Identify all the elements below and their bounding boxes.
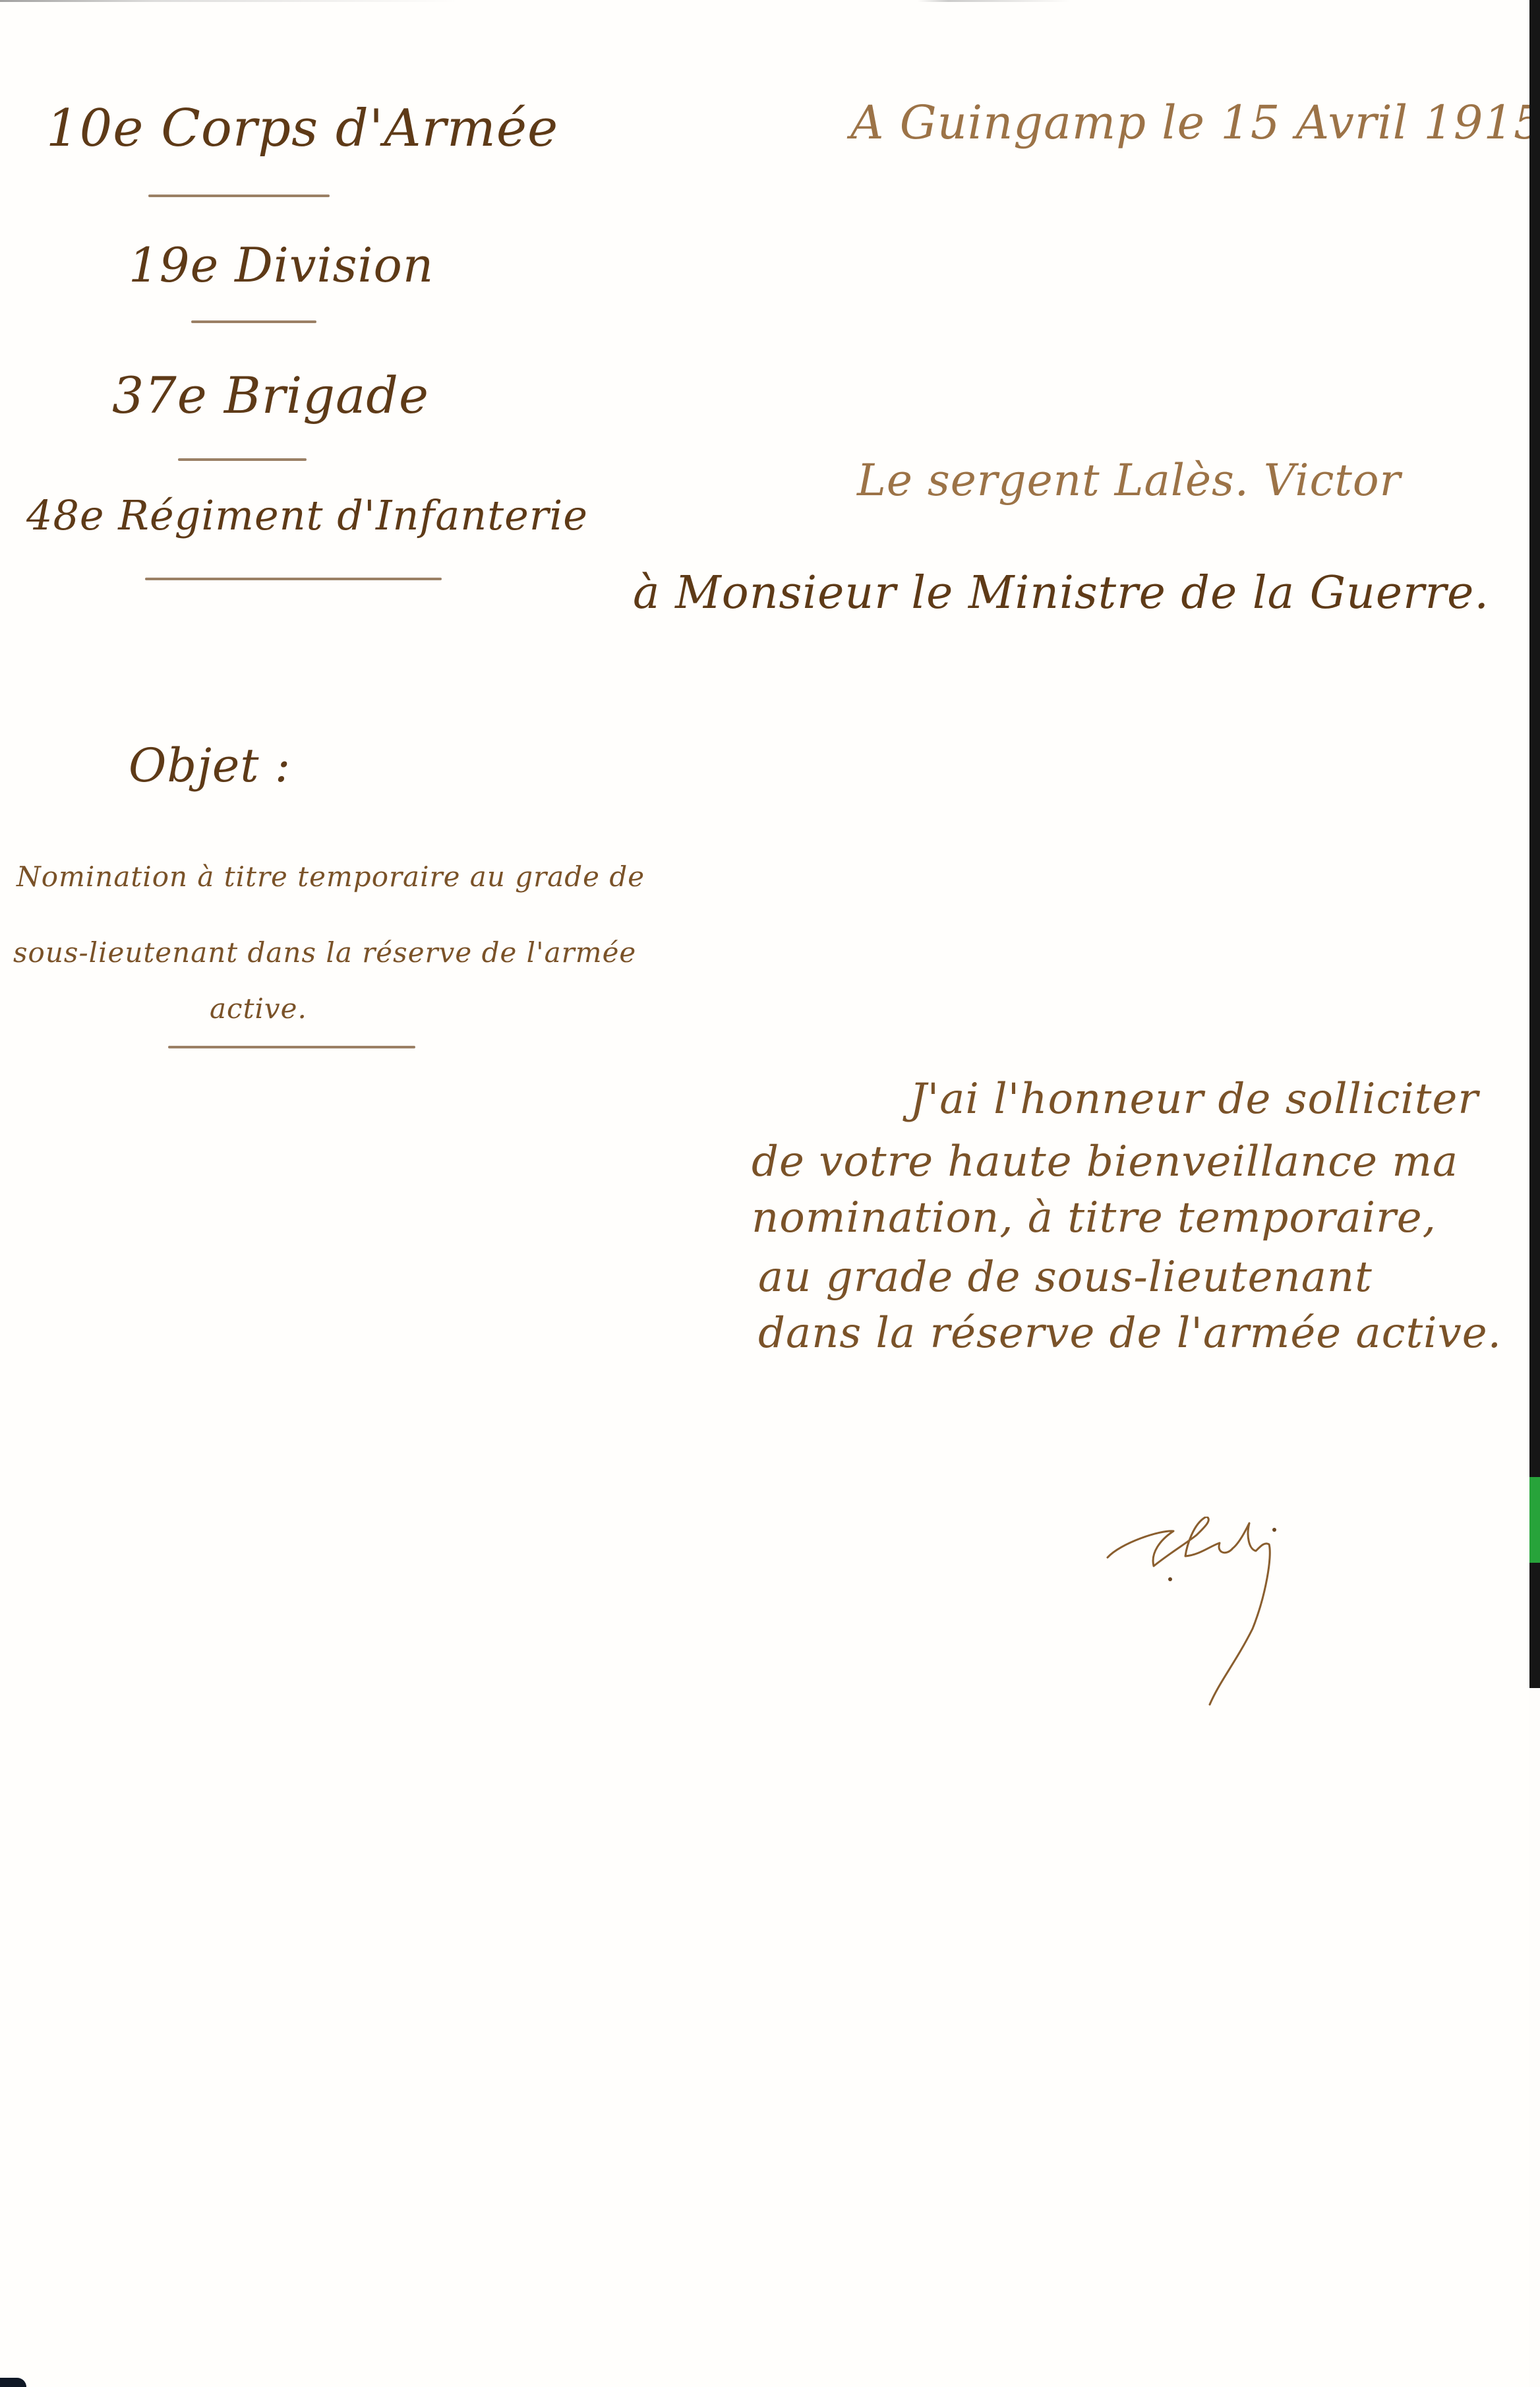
body-line: J'ai l'honneur de solliciter xyxy=(910,1075,1479,1124)
unit-regiment: 48e Régiment d'Infanterie xyxy=(26,491,588,539)
unit-division: 19e Division xyxy=(129,237,434,293)
subject-label: Objet : xyxy=(129,739,291,793)
unit-brigade: 37e Brigade xyxy=(112,366,429,425)
subject-line: sous-lieutenant dans la réserve de l'arm… xyxy=(13,936,636,969)
sender-line: Le sergent Lalès. Victor xyxy=(857,455,1401,506)
body-line: nomination, à titre temporaire, xyxy=(752,1193,1436,1242)
underline-corps xyxy=(148,195,330,197)
letter-page: 10e Corps d'Armée 19e Division 37e Briga… xyxy=(0,0,1529,2387)
recipient-line: à Monsieur le Ministre de la Guerre. xyxy=(633,567,1489,619)
body-line: dans la réserve de l'armée active. xyxy=(758,1309,1502,1358)
subject-line: active. xyxy=(210,992,307,1025)
body-line: de votre haute bienveillance ma xyxy=(752,1137,1458,1186)
body-line: au grade de sous-lieutenant xyxy=(758,1253,1373,1302)
underline-division xyxy=(191,320,316,323)
scan-top-edge xyxy=(0,0,1529,2)
subject-line: Nomination à titre temporaire au grade d… xyxy=(16,861,645,893)
underline-brigade xyxy=(178,458,307,461)
underline-regiment xyxy=(145,578,442,580)
underline-subject xyxy=(168,1046,415,1048)
scan-corner-artifact xyxy=(0,2378,26,2387)
date-line: A Guingamp le 15 Avril 1915 xyxy=(850,96,1540,150)
scan-right-edge xyxy=(1529,0,1540,1688)
unit-corps: 10e Corps d'Armée xyxy=(46,99,558,158)
scan-green-strip xyxy=(1529,1477,1540,1563)
